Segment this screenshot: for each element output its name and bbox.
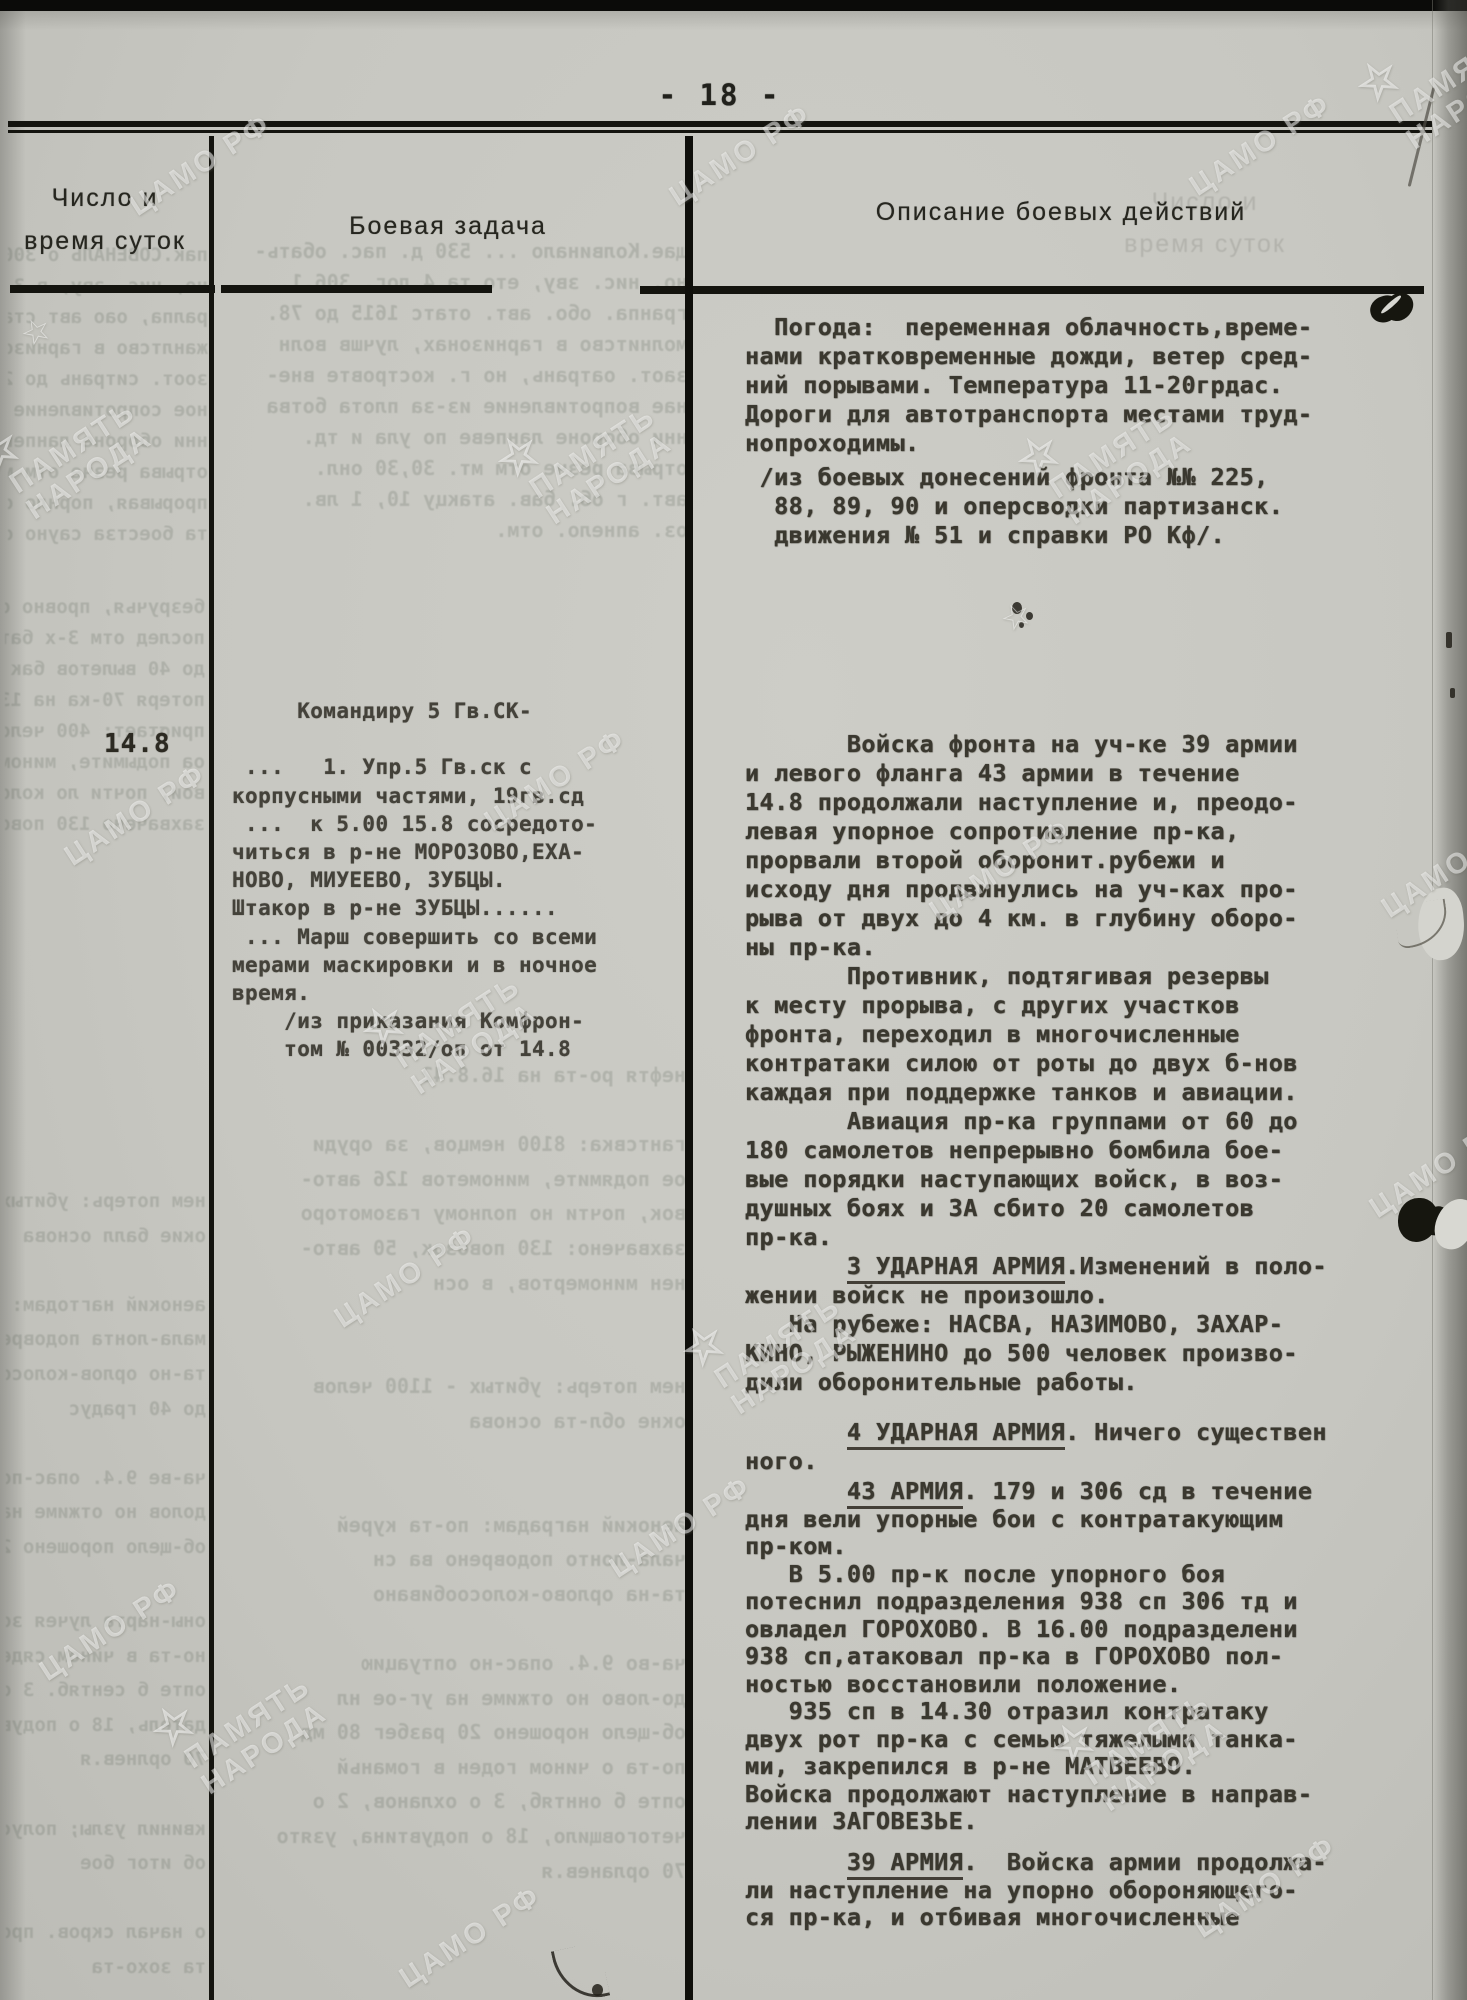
text-line: ... к 5.00 15.8 сосредото-	[232, 810, 692, 838]
header-bottom-rule	[221, 285, 492, 293]
text-line: На рубеже: НАСВА, НАЗИМОВО, ЗАХАР-	[745, 1310, 1327, 1339]
table-top-rule	[8, 121, 1432, 127]
scan-edge-top	[0, 0, 1467, 11]
text-line	[224, 1093, 686, 1128]
text-line: ча-во 9.4. опас-но оптуацию	[224, 1646, 686, 1681]
column-divider-2	[685, 136, 693, 2000]
text-line: дили оборонительные работы.	[745, 1368, 1327, 1397]
text-line: Авиация пр-ка группами от 60 до	[745, 1107, 1298, 1136]
text-line: В 5.00 пр-к после упорного боя	[745, 1561, 1312, 1589]
source-note: /из боевых донесений фронта №№ 225, 88, …	[745, 463, 1283, 550]
text-line	[6, 1426, 206, 1461]
text-line: об-щело норошено 20 разбег 80 мд	[224, 1715, 686, 1750]
text-line: рыва от двух до 4 км. в глубину оборо-	[745, 904, 1298, 933]
text-line: ний порывами. Температура 11-20грдас.	[745, 371, 1312, 400]
text-line: потеснил подразделения 938 сп 306 тд и	[745, 1588, 1312, 1616]
section-39th-army: 39 АРМИЯ. Войска армии продолжа- ли наст…	[745, 1849, 1327, 1932]
text-line: молнитсво в гарнизонах, лучшв волн	[226, 329, 688, 360]
text-line: гантсвка: 8100 немцов, за оруди	[224, 1127, 686, 1162]
text-line: дня вели упорные бои с контратакующим	[745, 1506, 1312, 1534]
text-line: аенокий нагтодам: по-та курей	[6, 1288, 206, 1323]
section-heading: 4 УДАРНАЯ АРМИЯ	[847, 1418, 1065, 1450]
text-line: безручья, провно обеспеч	[5, 592, 205, 623]
text-line: Командиру 5 Гв.СК-	[232, 697, 692, 725]
header-bottom-rule	[10, 285, 215, 293]
text-line	[224, 1335, 686, 1370]
header-bottom-rule	[640, 286, 1424, 294]
text-line: Погода: переменная облачность,време-	[745, 313, 1312, 342]
text-line: но-та в чином сядея в гохлньй про	[6, 1639, 206, 1674]
column-header-task: Боевая задача	[210, 212, 686, 241]
text-line: захвачено 130 повозок, 50 авто	[5, 809, 205, 840]
text-line: овладел ГОРОХОВО. В 16.00 подразделени	[745, 1616, 1312, 1644]
aviation-paragraph: Авиация пр-ка группами от 60 до180 самол…	[745, 1107, 1298, 1252]
text-line: авт. г об. бав. атакцу 10, 1 лв.	[226, 484, 688, 515]
text-line: до 40 вылетов бак	[5, 654, 205, 685]
text-line: послед отм 3-х батр	[5, 623, 205, 654]
text-line: ли наступление на упорно обороняющего-	[745, 1877, 1327, 1905]
section-43rd-army: 43 АРМИЯ. 179 и 306 сд в течение дня вел…	[745, 1478, 1312, 1698]
text-line: об итог бое	[6, 1846, 206, 1881]
text-line: ного.	[745, 1447, 1327, 1476]
text-line: до 40 градус	[6, 1392, 206, 1427]
text-line: заот. оатрань, но г. костровте вне-	[226, 360, 688, 391]
enemy-paragraph: Противник, подтягивая резервык месту про…	[745, 962, 1298, 1107]
bleed-through-text: безручья, провно обеспечпослед отм 3-х б…	[5, 592, 205, 862]
text-line: ... 1. Упр.5 Гв.ск с	[232, 753, 692, 781]
text-line: душных боях и ЗА сбито 20 самолетов	[745, 1194, 1298, 1223]
bleed-through-header: время суток	[1080, 230, 1330, 259]
text-line	[224, 1888, 686, 1923]
text-line	[6, 1777, 206, 1812]
text-line: аенокий наградам: по-та курей	[224, 1508, 686, 1543]
section-4th-shock-army: 4 УДАРНАЯ АРМИЯ. Ничего существен ного.	[745, 1418, 1327, 1476]
text-line: КИНО, РЫЖЕНИНО до 500 человек произво-	[745, 1339, 1327, 1368]
text-line	[224, 1473, 686, 1508]
text-line: до-лово но отжиме на уг-ое нл	[224, 1681, 686, 1716]
text-line: вые порядки наступающих войск, в воз-	[745, 1165, 1298, 1194]
column-header-date: Число и	[0, 184, 210, 213]
bleed-through-text: щае.Колвинало ... 530 д. пас. обать-но, …	[226, 236, 688, 552]
text-line: вои, почти ло колонно газомотив	[5, 778, 205, 809]
ink-speck	[1450, 688, 1455, 698]
text-line: 180 самолетов непрерывно бомбила бое-	[745, 1136, 1298, 1165]
text-line: захвачено: 130 повозок, 50 авто-	[224, 1231, 686, 1266]
paper-right-edge	[1433, 0, 1467, 2000]
text-line: нен миномертов, в осн	[224, 1266, 686, 1301]
text-line: ча-ве 9.4. опас-по ситуацию	[6, 1461, 206, 1496]
text-line	[6, 1253, 206, 1288]
text-line: к месту прорыва, с других участков	[745, 991, 1298, 1020]
text-line: 70 орланев.я	[224, 1854, 686, 1889]
text-line: нами кратковременные дожди, ветер сред-	[745, 342, 1312, 371]
text-line: Войска фронта на уч-ке 39 армии	[745, 730, 1298, 759]
text-line: оны-нарта лучея зон отпс зеленя	[6, 1604, 206, 1639]
text-line: нем потерь: убитых - 1100 челов	[224, 1369, 686, 1404]
bleed-through-text: нефтя ро-та на 16.8.42 гантсвка: 8100 не…	[224, 1058, 686, 1993]
text-line: лении ЗАГОВЕЗЬЕ.	[745, 1808, 1312, 1836]
text-line: пр-ком.	[745, 1533, 1312, 1561]
section-43rd-army-continued: 935 сп в 14.30 отразил контратакудвух ро…	[745, 1698, 1312, 1836]
text-line: вок, почти но полному газомоторо	[224, 1196, 686, 1231]
text-line: контратаки силою от роты до двух б-нов	[745, 1049, 1298, 1078]
text-line: отрыва резче отм мт 4.30,30 онл	[8, 457, 208, 488]
ink-speck	[592, 1984, 603, 1996]
text-line: окие балл основа	[6, 1219, 206, 1254]
table-top-rule-2	[8, 130, 1432, 133]
section-heading: 3 УДАРНАЯ АРМИЯ	[847, 1252, 1065, 1284]
text-line: об-щело порошено 20 разбег 80 мд	[6, 1530, 206, 1565]
text-line: 938 сп,атаковал пр-ка в ГОРОХОВО пол-	[745, 1643, 1312, 1671]
text-line: чала-лонто подоврено ва сн	[224, 1542, 686, 1577]
text-line: нни обороне ланпеве по ула и тд.	[226, 422, 688, 453]
text-line: 70 орлнев.я	[6, 1742, 206, 1777]
text-line: прорывая, порнло отродившихся	[8, 488, 208, 519]
text-line: зоот. ситрань до 20 костровь внес	[8, 364, 208, 395]
text-line: долов но отжиме на уг-ое ил но	[6, 1495, 206, 1530]
text-line: читься в р-не МОРОЗОВО,ЕХА-	[232, 838, 692, 866]
text-line: гранпа. обо. авт. отатс 1615 до 78.	[226, 298, 688, 329]
text-line: ны пр-ка.	[745, 933, 1298, 962]
text-line: окне обл-та основа	[224, 1404, 686, 1439]
text-line: мала-лонта подоврено 85 сн	[6, 1322, 206, 1357]
text-line: мерами маскировки и в ночное	[232, 951, 692, 979]
text-line	[224, 1612, 686, 1647]
text-line	[6, 1881, 206, 1916]
front-summary-paragraph: Войска фронта на уч-ке 39 армиии левого …	[745, 730, 1298, 962]
text-line: /из приказания Комфрон-	[232, 1007, 692, 1035]
text-line: опте б сентяб. 3 о охланов, 2 о	[6, 1673, 206, 1708]
text-line: та-но орлов-колосообивани	[6, 1357, 206, 1392]
text-line: том № 00332/оп от 14.8	[232, 1035, 692, 1063]
text-line	[224, 1300, 686, 1335]
text-line: пр-ка.	[745, 1223, 1298, 1252]
text-line: прорвали второй оборонит.рубежи и	[745, 846, 1298, 875]
combat-task-text: Командиру 5 Гв.СК- ... 1. Упр.5 Гв.ск ск…	[232, 697, 692, 1063]
text-line: 14.8 продолжали наступление и, преодо-	[745, 788, 1298, 817]
text-line: время.	[232, 979, 692, 1007]
entry-date: 14.8	[104, 729, 171, 759]
watermark-camo-rf: ЦАМО РФ	[1185, 88, 1337, 202]
text-line: ми, закрепился в р-не МАТВЕЕВО.	[745, 1753, 1312, 1781]
paper-right-edge-line	[1432, 0, 1433, 2000]
text-line: исходу дня продвинулись на уч-ках про-	[745, 875, 1298, 904]
text-line: датель, 18 о подувтина, узято	[6, 1708, 206, 1743]
bleed-through-text: нем потерь: убитых - 1100 человокие балл…	[6, 1184, 206, 1569]
text-line: фронта, переходил в многочисленные	[745, 1020, 1298, 1049]
page-number: - 18 -	[655, 78, 785, 112]
ink-speck	[1446, 632, 1452, 648]
text-line: 935 сп в 14.30 отразил контратаку	[745, 1698, 1312, 1726]
text-line	[232, 725, 692, 753]
text-line: четоговщило, 18 о подувтина, узято	[224, 1819, 686, 1854]
text-line	[224, 1439, 686, 1474]
text-line	[224, 1923, 686, 1958]
text-line: нни обороне ланпене 18 ла и 10 хвл	[8, 426, 208, 457]
text-line: каждая при поддержке танков и авиации.	[745, 1078, 1298, 1107]
text-line: корпусными частями, 19гв.сд	[232, 782, 692, 810]
text-line: ое подямите, минометов 126 авто-	[224, 1162, 686, 1197]
text-line: Противник, подтягивая резервы	[745, 962, 1298, 991]
text-line: ностью восстановили положение.	[745, 1671, 1312, 1699]
text-line: нае вопротивление из-за плота ботва	[226, 391, 688, 422]
text-line: Дороги для автотранспорта местами труд-	[745, 400, 1312, 429]
column-header-date-2: время суток	[0, 227, 210, 256]
text-line: опте б оннтяб, 3 о охланов, 2 о	[224, 1784, 686, 1819]
text-line: ся пр-ка, и отбивая многочисленные	[745, 1904, 1327, 1932]
text-line: двух рот пр-ка с семью тяжелыми танка-	[745, 1726, 1312, 1754]
text-line: ное сопротивление из-за обла сотва	[8, 395, 208, 426]
text-line: та боестза сауно отлично	[8, 519, 208, 550]
text-line: о начал скров. протлв	[6, 1915, 206, 1950]
text-line: оз. апнело. отм.	[226, 515, 688, 546]
text-line: жении войск не произошло.	[745, 1281, 1327, 1310]
text-line: нем потерь: убитых - 1100 челов	[6, 1184, 206, 1219]
text-line: ... Марш совершить со всеми	[232, 923, 692, 951]
text-line: нопроходимы.	[745, 429, 1312, 458]
text-line: /из боевых донесений фронта №№ 225,	[745, 463, 1283, 492]
text-line: но, нис. зву, ето та 4 лог. 306.1,	[226, 267, 688, 298]
text-line: левая упорное сопротивление пр-ка,	[745, 817, 1298, 846]
bleed-through-text: оны-нарта лучея зон отпс зеленяно-та в ч…	[6, 1604, 206, 1994]
text-line: Штакор в р-не ЗУБЦЫ......	[232, 894, 692, 922]
text-line: отрыва резче отм мт. 30,30 онл.	[226, 453, 688, 484]
text-line: по-та о чином годен в гоманьй	[224, 1750, 686, 1785]
text-line: 88, 89, 90 и оперсводки партизанск.	[745, 492, 1283, 521]
weather-paragraph: Погода: переменная облачность,време-нами…	[745, 313, 1312, 458]
text-line: Войска продолжают наступление в направ-	[745, 1781, 1312, 1809]
column-header-description: Описание боевых действий	[690, 198, 1432, 227]
text-line: та-на орлово-колосообивано	[224, 1577, 686, 1612]
text-line: та зохо-та	[6, 1950, 206, 1985]
text-line: потеря 70-ка на 13.8.42	[5, 685, 205, 716]
section-3rd-shock-army: 3 УДАРНАЯ АРМИЯ.Изменений в поло- жении …	[745, 1252, 1327, 1397]
text-line: квинил узлы; полус веков	[6, 1812, 206, 1847]
text-line: и левого фланга 43 армии в течение	[745, 759, 1298, 788]
text-line: НОВО, МИУЕЕВО, ЗУБЦЫ.	[232, 866, 692, 894]
column-divider-1	[209, 136, 214, 2000]
text-line: движения № 51 и справки РО Кф/.	[745, 521, 1283, 550]
scanned-document-page: пак.СОВЕНАЛЬ о 300 д.пех олать-но, нис. …	[0, 0, 1467, 2000]
